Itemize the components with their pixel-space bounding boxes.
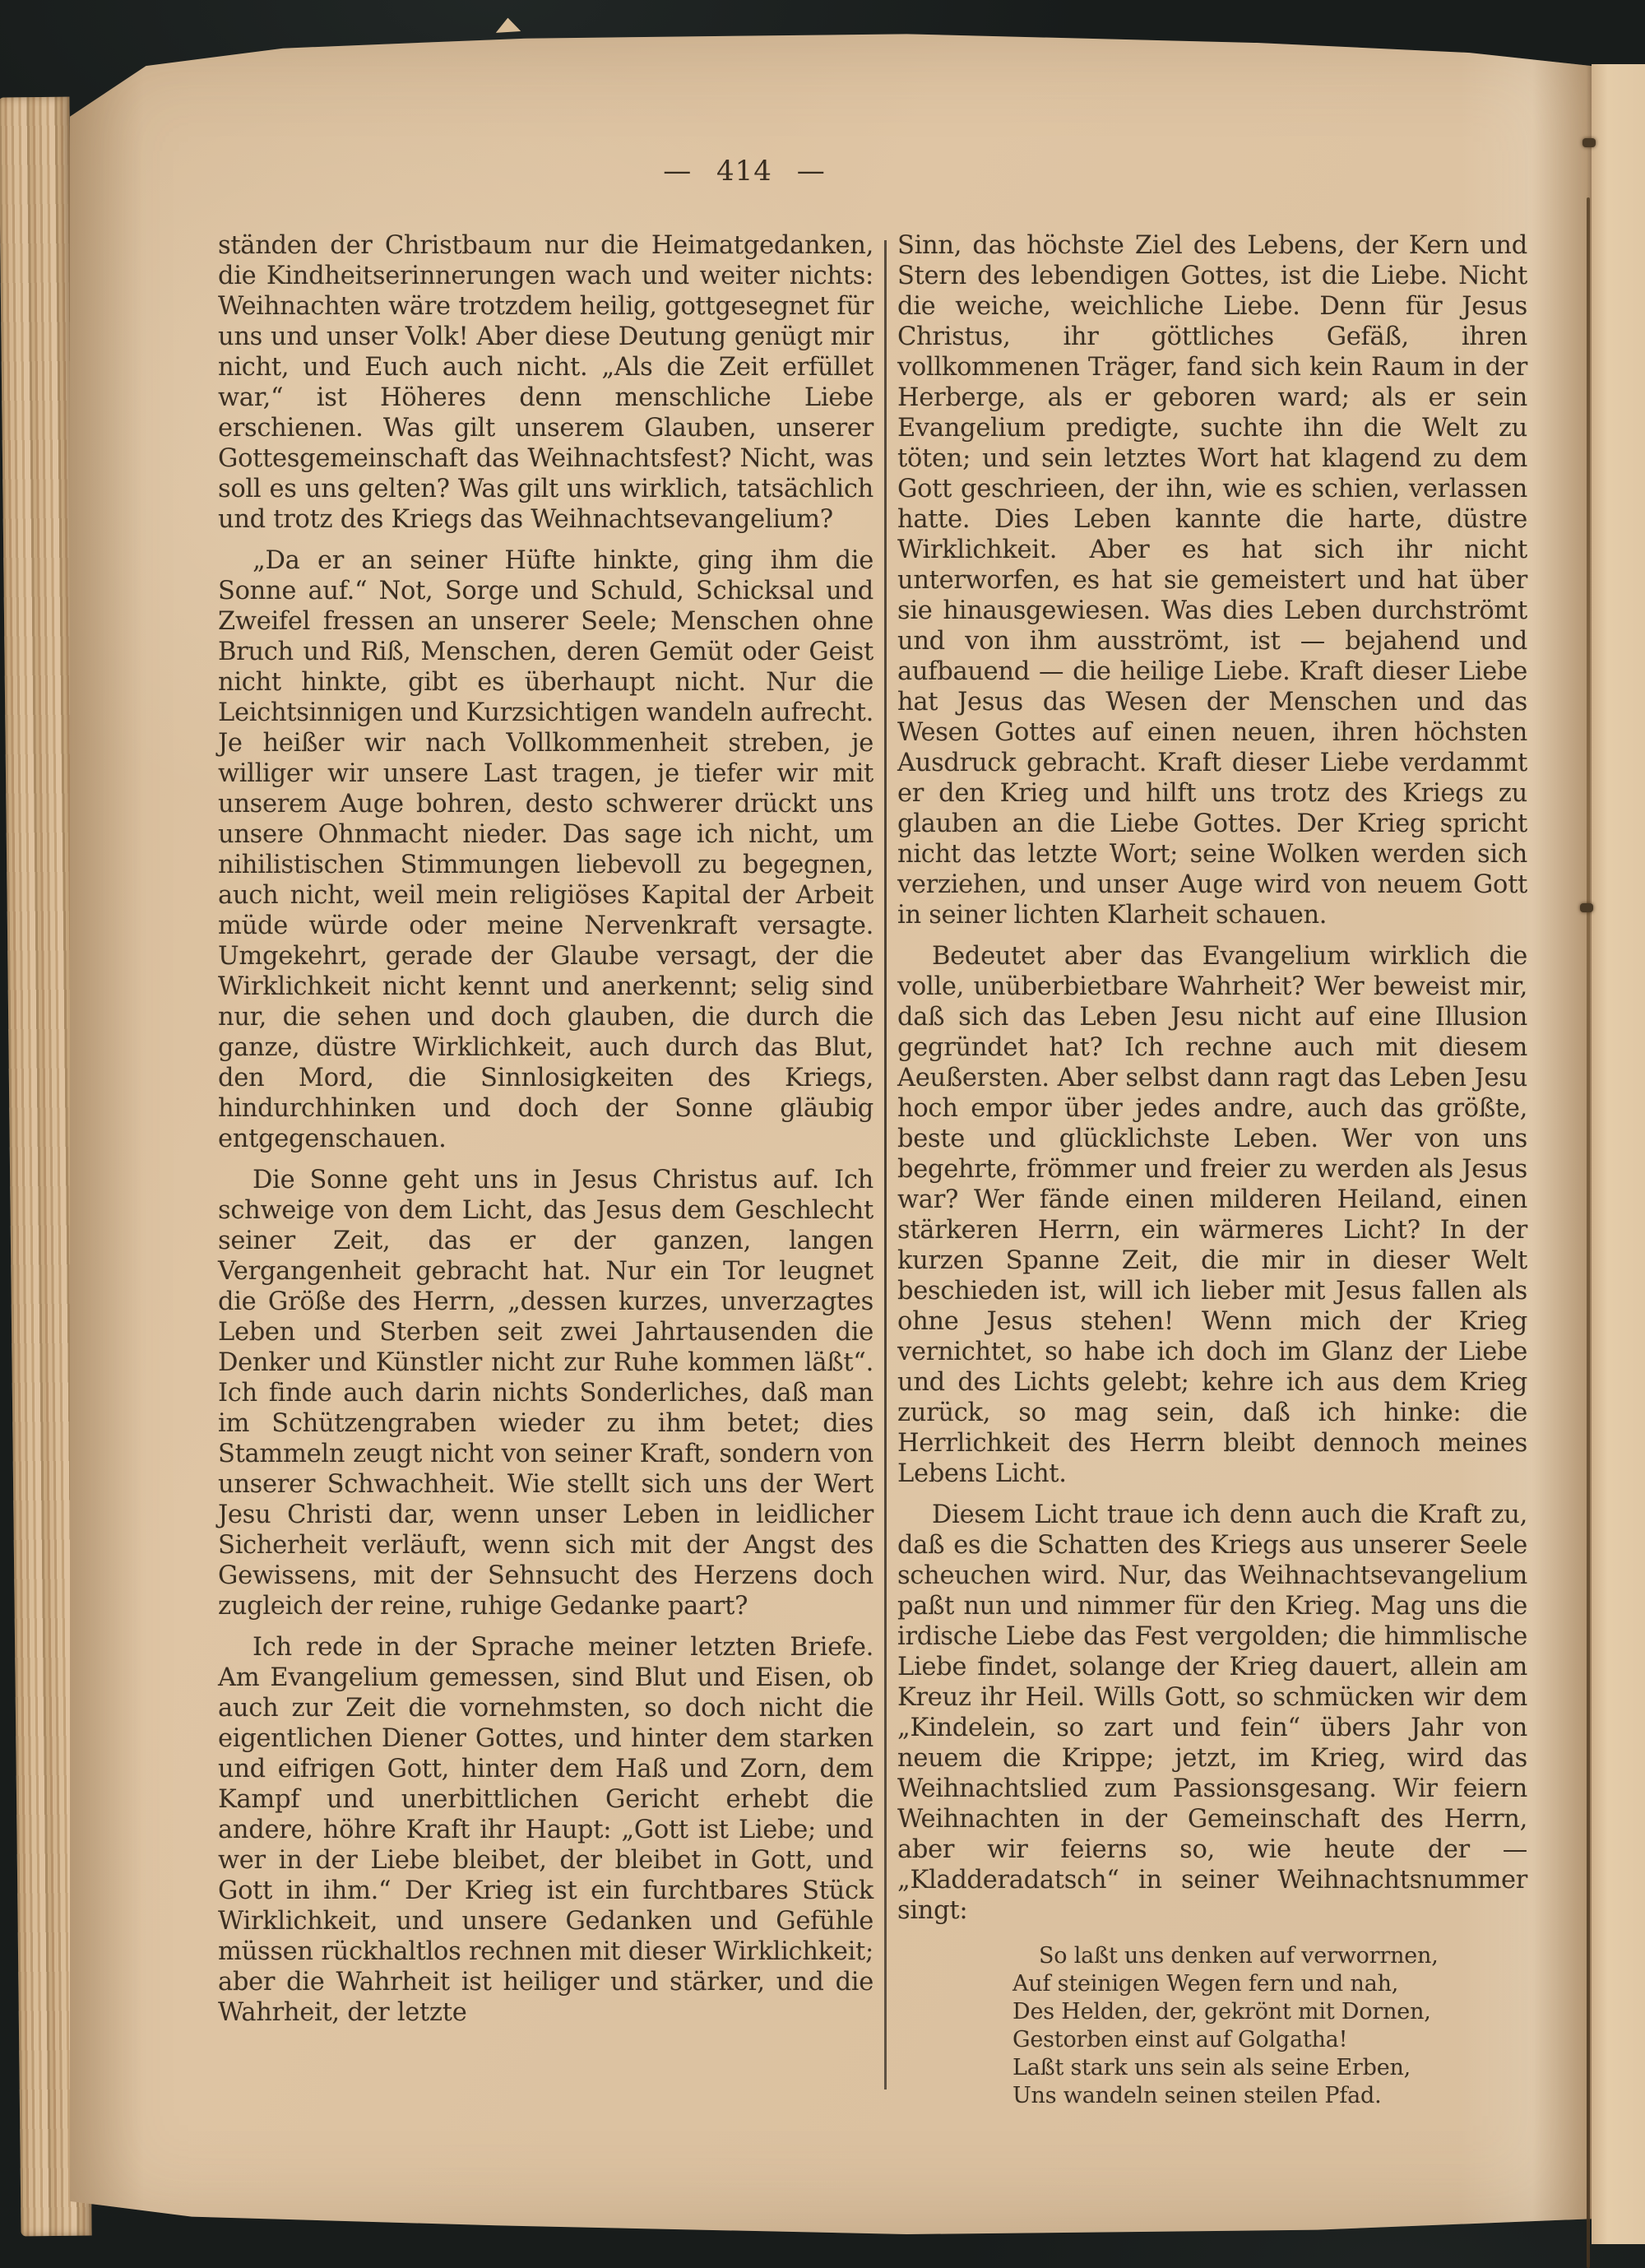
poem-line: So laßt uns denken auf verworrnen, bbox=[1039, 1942, 1527, 1970]
binding-stitch-hole bbox=[1580, 903, 1593, 912]
book-scan: { "page": { "header": { "number_display"… bbox=[0, 0, 1645, 2268]
poem-line: Des Helden, der, gekrönt mit Dornen, bbox=[1012, 1998, 1527, 2026]
poem-line: Gestorben einst auf Golgatha! bbox=[1012, 2026, 1527, 2054]
paper-speck bbox=[496, 16, 522, 36]
scanned-page: — 414 — ständen der Christbaum nur die H… bbox=[70, 33, 1592, 2234]
text-column-left: ständen der Christbaum nur die Heimatged… bbox=[218, 230, 873, 2028]
binding-stitch-hole bbox=[1582, 138, 1596, 147]
paragraph: Sinn, das höchste Ziel des Lebens, der K… bbox=[897, 230, 1527, 930]
paragraph: Bedeutet aber das Evangelium wirklich di… bbox=[897, 941, 1527, 1489]
paragraph: Ich rede in der Sprache meiner letzten B… bbox=[218, 1632, 873, 2028]
paragraph: ständen der Christbaum nur die Heimatged… bbox=[218, 230, 873, 535]
poem-quote: So laßt uns denken auf verworrnen,Auf st… bbox=[1012, 1942, 1527, 2110]
text-column-right: Sinn, das höchste Ziel des Lebens, der K… bbox=[897, 230, 1527, 2110]
binding-gutter-fold bbox=[1587, 197, 1590, 2268]
right-column-paragraphs: Sinn, das höchste Ziel des Lebens, der K… bbox=[897, 230, 1527, 1926]
paragraph: Die Sonne geht uns in Jesus Christus auf… bbox=[218, 1165, 873, 1621]
adjacent-page-edge bbox=[1592, 64, 1645, 2244]
poem-line: Uns wandeln seinen steilen Pfad. bbox=[1012, 2082, 1527, 2110]
page-left-shading bbox=[70, 33, 144, 2234]
paragraph: „Da er an seiner Hüfte hinkte, ging ihm … bbox=[218, 545, 873, 1154]
paragraph: Diesem Licht traue ich denn auch die Kra… bbox=[897, 1500, 1527, 1926]
poem-line: Laßt stark uns sein als seine Erben, bbox=[1012, 2054, 1527, 2082]
poem-line: Auf steinigen Wegen fern und nah, bbox=[1012, 1970, 1527, 1998]
page-number: — 414 — bbox=[514, 155, 975, 188]
column-divider-rule bbox=[884, 240, 887, 2089]
